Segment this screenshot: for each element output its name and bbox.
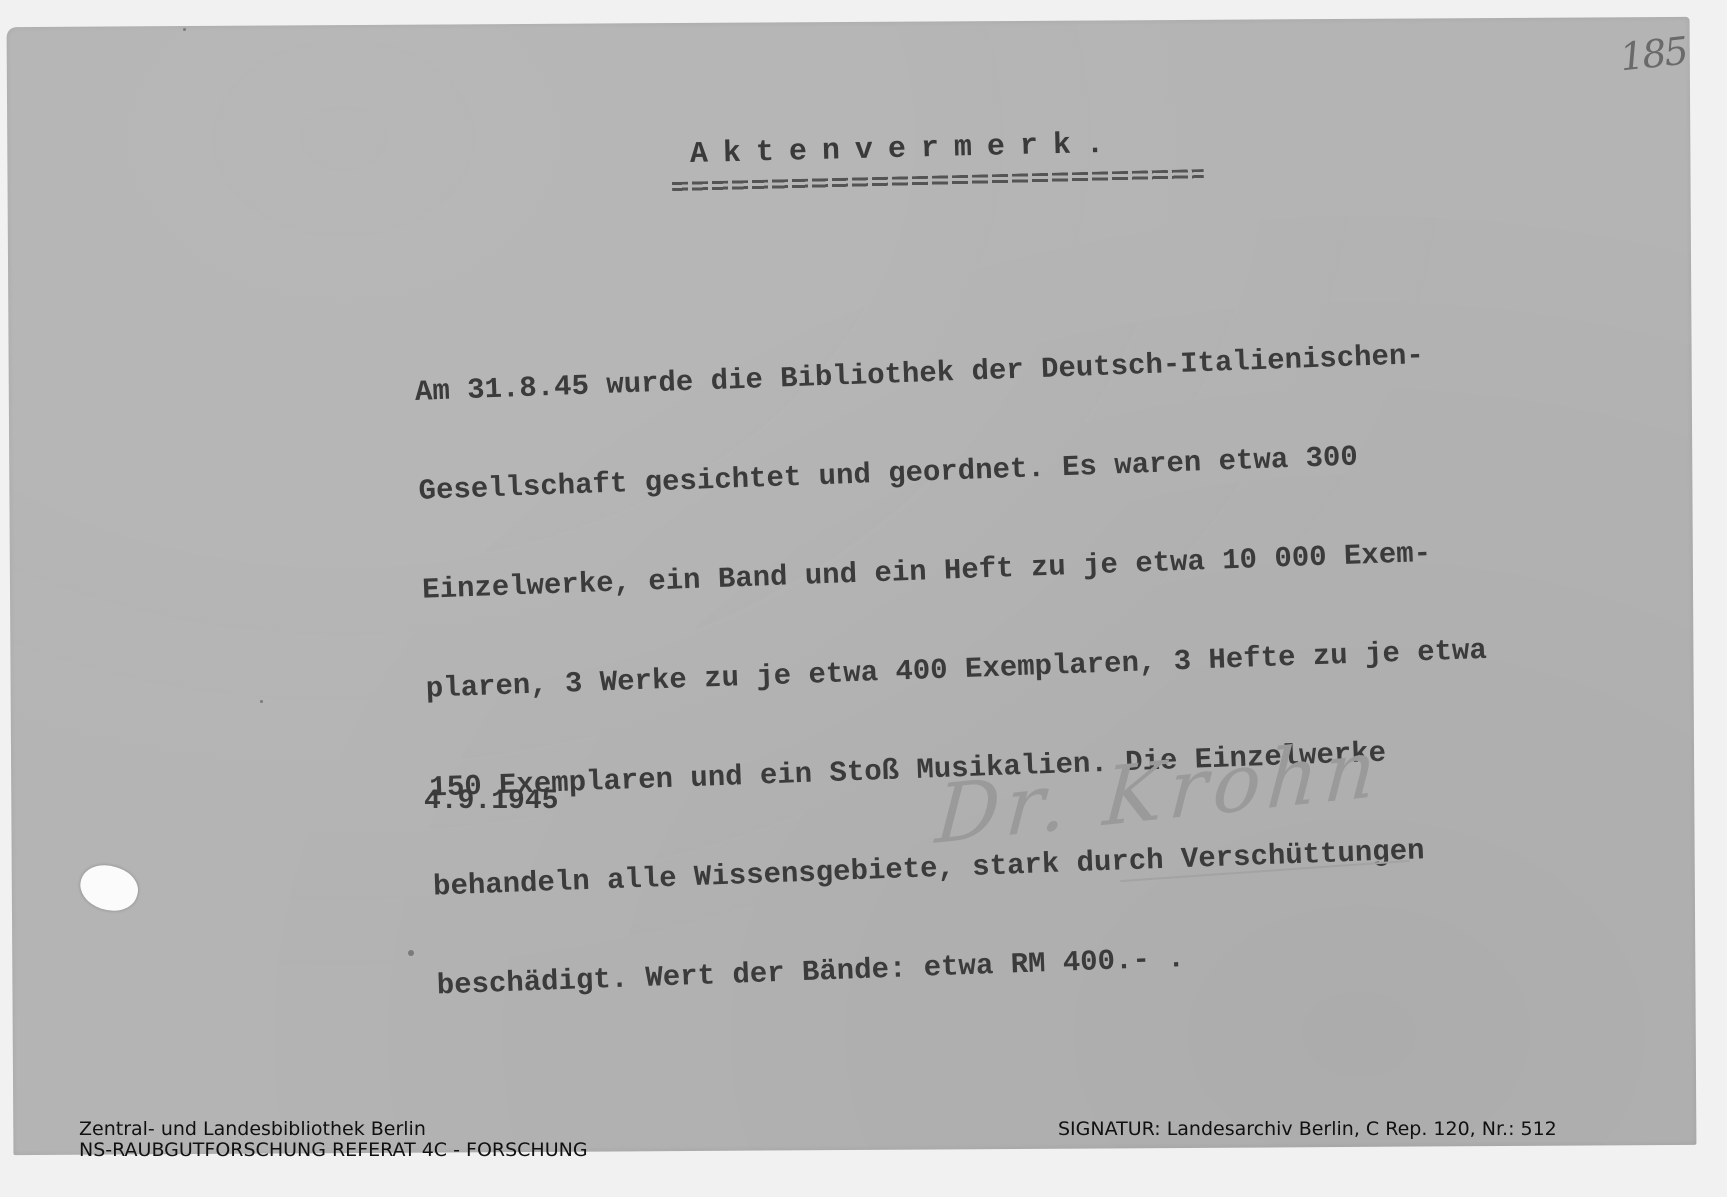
footer-institution-name: Zentral- und Landesbibliothek Berlin xyxy=(79,1119,588,1140)
memo-line: Einzelwerke, ein Band und ein Heft zu je… xyxy=(422,526,1722,607)
paper-speck xyxy=(408,950,414,956)
memo-line: Gesellschaft gesichtet und geordnet. Es … xyxy=(418,427,1718,508)
memo-line: beschädigt. Wert der Bände: etwa RM 400.… xyxy=(436,922,1727,1003)
footer-department: NS-RAUBGUTFORSCHUNG REFERAT 4C - FORSCHU… xyxy=(79,1140,588,1161)
paper-speck xyxy=(260,700,263,703)
footer-signatur: SIGNATUR: Landesarchiv Berlin, C Rep. 12… xyxy=(1058,1119,1557,1140)
folio-number: 185 xyxy=(1618,29,1689,80)
memo-line: plaren, 3 Werke zu je etwa 400 Exemplare… xyxy=(425,625,1725,706)
memo-body: Am 31.8.45 wurde die Bibliothek der Deut… xyxy=(412,262,1727,1035)
memo-date: 4.9.1945 xyxy=(424,786,558,817)
memo-line: Am 31.8.45 wurde die Bibliothek der Deut… xyxy=(414,328,1714,409)
footer-institution: Zentral- und Landesbibliothek Berlin NS-… xyxy=(79,1119,588,1161)
paper-speck xyxy=(183,28,186,31)
